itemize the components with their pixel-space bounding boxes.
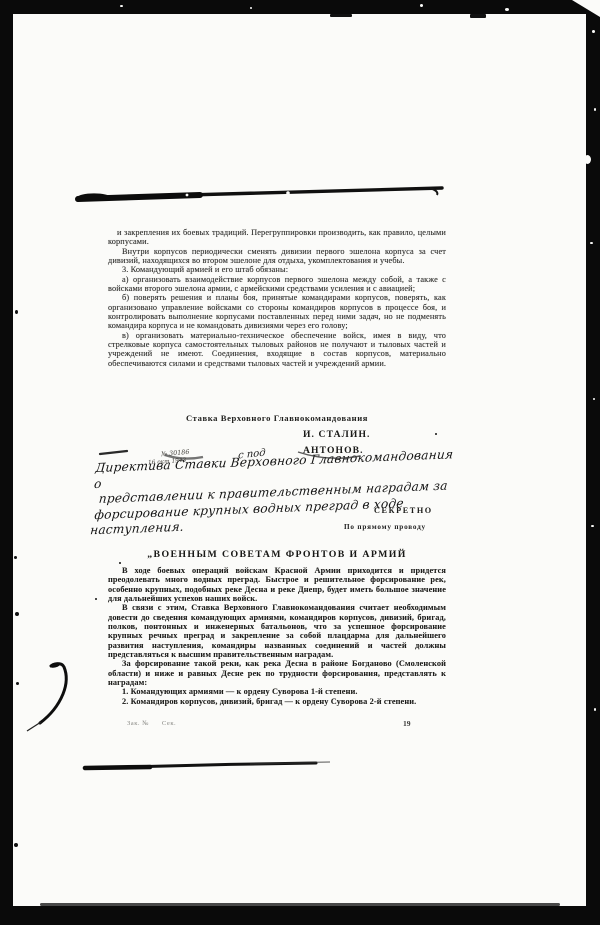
scan-smear-line (40, 903, 560, 906)
speckle (470, 14, 486, 18)
order-continuation-text: и закрепления их боевых традиций. Перегр… (108, 228, 446, 368)
speckle (14, 843, 18, 847)
paragraph: в) организовать материально-техническое … (108, 331, 446, 368)
bottom-ink-streak (85, 763, 316, 768)
film-border-top (0, 0, 600, 14)
pencil-dash (100, 451, 127, 454)
paragraph: В ходе боевых операций войскам Красной А… (108, 566, 446, 603)
print-imprint: Зак. № Сек. (127, 720, 176, 727)
paragraph: и закрепления их боевых традиций. Перегр… (108, 228, 446, 247)
film-border-right (586, 0, 600, 925)
speckle (594, 708, 596, 711)
margin-pen-mark (40, 664, 66, 723)
signature-stalin: И. СТАЛИН. (303, 429, 371, 440)
directive-heading: „ВОЕННЫМ СОВЕТАМ ФРОНТОВ И АРМИЙ (108, 549, 446, 560)
speckle (95, 598, 97, 600)
speckle (250, 7, 252, 9)
speckle (16, 682, 19, 685)
speckle (119, 562, 121, 564)
speckle (330, 14, 352, 17)
paragraph: 2. Командиров корпусов, дивизий, бригад … (108, 697, 446, 706)
speckle (591, 525, 594, 527)
signature-issuer: Ставка Верховного Главнокомандования (108, 413, 446, 423)
film-border-left (0, 0, 13, 925)
paragraph: За форсирование такой реки, как река Дес… (108, 659, 446, 687)
classification-stamp: СЕКРЕТНО (374, 506, 433, 515)
film-border-bottom (0, 906, 600, 925)
speckle (14, 556, 17, 559)
scan-corner-tear (572, 0, 600, 17)
speckle (435, 433, 437, 435)
paragraph: а) организовать взаимодействие корпусов … (108, 275, 446, 294)
page-number: 19 (403, 719, 411, 728)
speckle (120, 5, 123, 7)
transmission-method: По прямому проводу (344, 523, 426, 531)
paragraph: б) поверять решения и планы боя, приняты… (108, 293, 446, 330)
speckle (420, 4, 423, 7)
paragraph: 1. Командующих армиями — к ордену Суворо… (108, 687, 446, 696)
paragraph: 3. Командующий армией и его штаб обязаны… (108, 265, 446, 274)
speckle (593, 398, 595, 400)
directive-text: В ходе боевых операций войскам Красной А… (108, 566, 446, 706)
speckle (584, 155, 591, 164)
speckle (505, 8, 509, 11)
speckle (592, 30, 595, 33)
top-ink-streak (78, 188, 442, 198)
speckle (594, 108, 596, 111)
scanned-document-page: { "doc": { "continuation": [ "и закрепле… (0, 0, 600, 925)
speckle (590, 242, 593, 244)
paragraph: Внутри корпусов периодически сменять див… (108, 247, 446, 266)
speckle (15, 310, 18, 314)
speckle (15, 612, 19, 616)
paragraph: В связи с этим, Ставка Верховного Главно… (108, 603, 446, 659)
